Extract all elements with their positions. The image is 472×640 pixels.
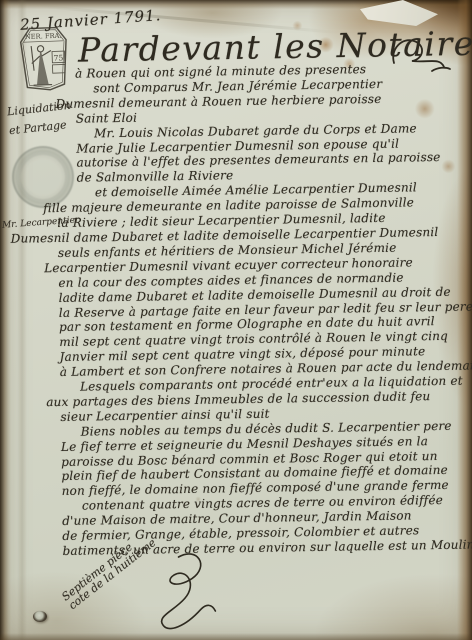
paper-edge-bottom [0,633,472,640]
allegorical-figure-icon [31,45,52,85]
paper-edge-left [0,0,11,640]
worm-hole [33,611,47,622]
torn-corner-flap [360,0,438,26]
notary-paraph-icon [128,548,220,638]
manuscript-page: 25 Janvier 1791. NER. FRA. 75 Pardevant … [0,0,472,640]
stamp-top-text: NER. FRA. [25,32,62,41]
paper-crease [17,0,27,640]
stamp-value: 75 [53,53,63,62]
manuscript-body: à Rouen qui ont signé la minute des pres… [55,61,467,559]
